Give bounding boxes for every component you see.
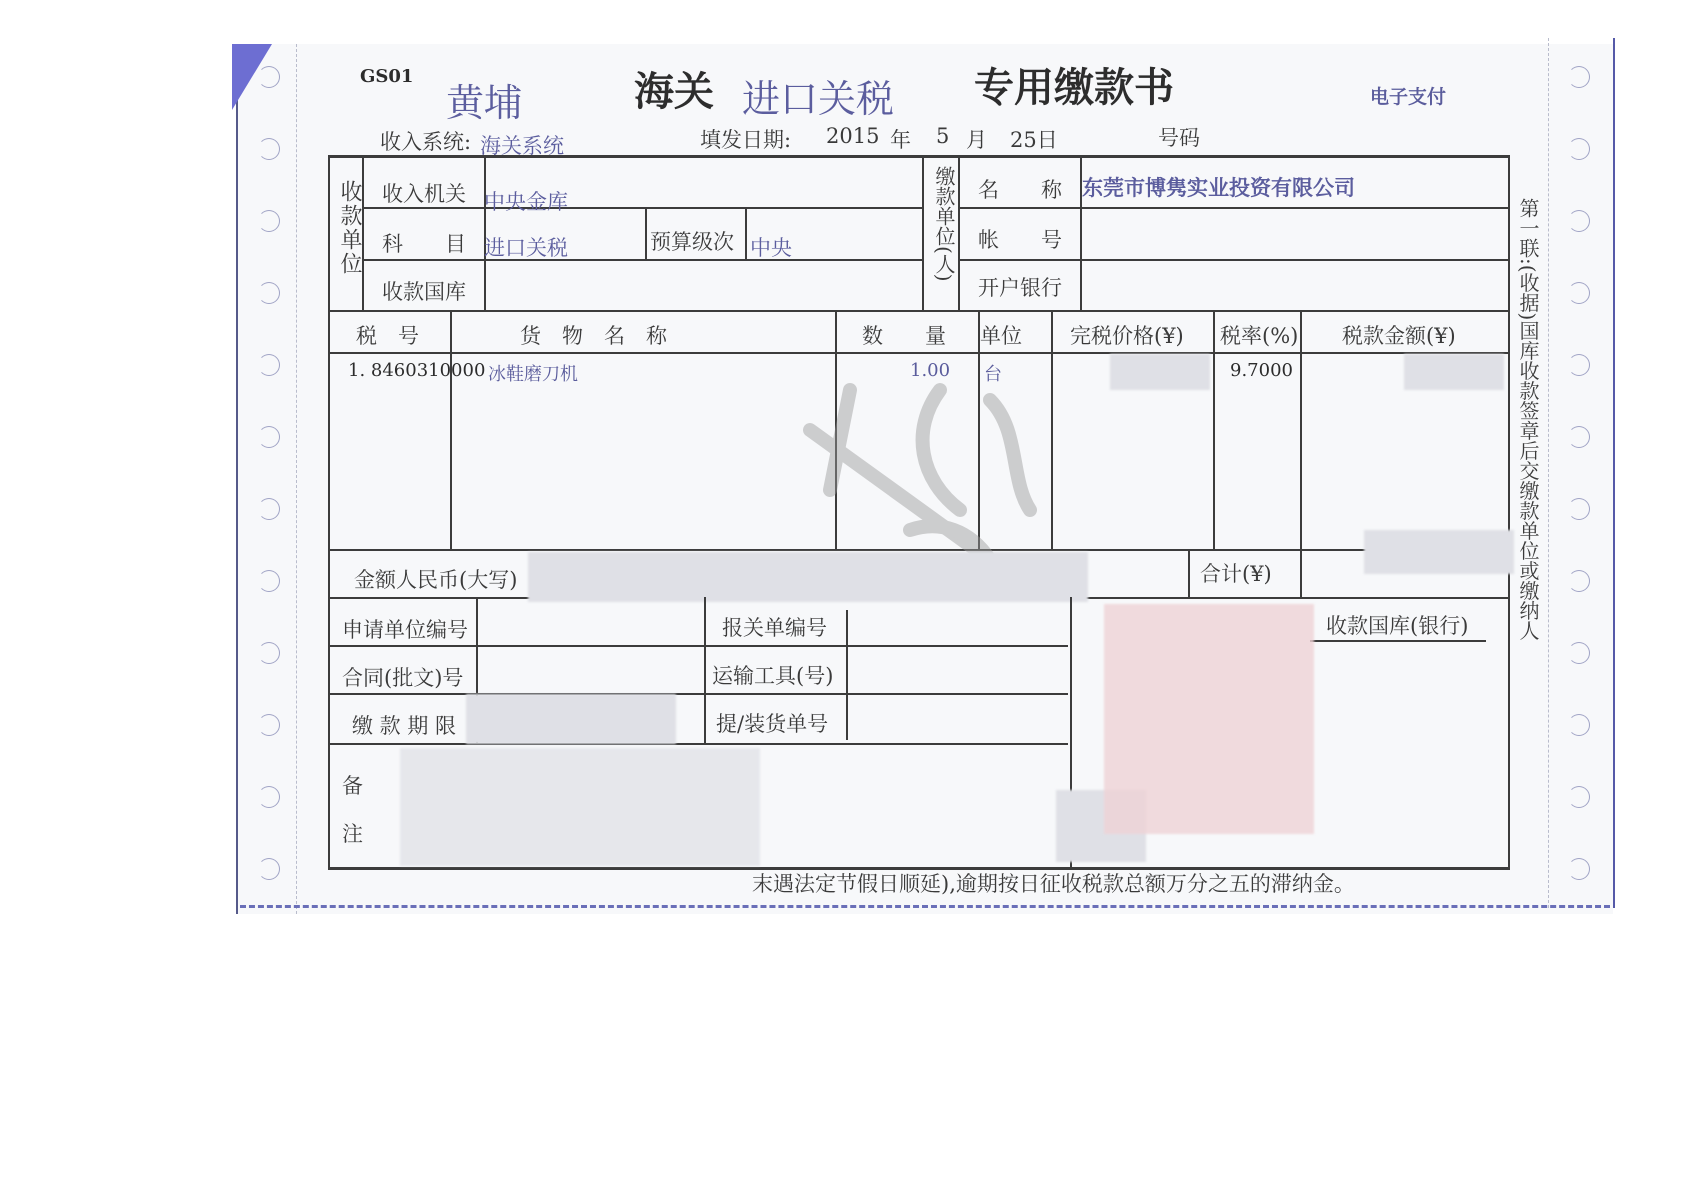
feed-hole — [258, 354, 280, 376]
feed-hole — [258, 642, 280, 664]
total-redacted — [1364, 530, 1514, 574]
rule — [328, 310, 1508, 312]
payer-account-label: 帐 号 — [978, 224, 1062, 254]
payer-bank-label: 开户银行 — [978, 272, 1062, 302]
goods-tax-rate: 9.7000 — [1230, 360, 1293, 381]
rule — [1300, 310, 1302, 549]
rule — [1188, 549, 1190, 597]
feed-hole — [1568, 714, 1590, 736]
feed-hole — [258, 570, 280, 592]
rule — [958, 207, 1508, 209]
remarks-label-2: 注 — [342, 818, 363, 848]
feed-hole — [1568, 282, 1590, 304]
payee-section-label: 收款单位 — [334, 180, 365, 276]
title-customs: 海关 — [634, 60, 714, 117]
rule — [328, 693, 1068, 695]
column-header: 数 量 — [862, 320, 946, 350]
column-header: 税率(%) — [1220, 320, 1298, 350]
late-fee-note: 末遇法定节假日顺延),逾期按日征收税款总额万分之五的滞纳金。 — [752, 868, 1355, 898]
bill-of-lading-label: 提/装货单号 — [716, 708, 828, 738]
revenue-office-label: 收入机关 — [382, 178, 466, 208]
feed-hole — [258, 138, 280, 160]
tractor-feed-strip-left — [236, 44, 297, 914]
feed-hole — [258, 858, 280, 880]
column-header: 货 物 名 称 — [520, 320, 667, 350]
bank-stamp-redacted — [1104, 604, 1314, 834]
rule — [450, 310, 452, 549]
rule — [328, 352, 1508, 354]
feed-hole — [258, 786, 280, 808]
table-left-rule — [328, 155, 330, 869]
rule — [704, 597, 706, 745]
issue-date-label: 填发日期: — [700, 124, 791, 154]
month-unit: 月 — [966, 124, 987, 154]
revenue-office-value: 中央金库 — [484, 186, 568, 216]
tractor-feed-strip-right — [1548, 38, 1615, 908]
amount-words-redacted — [528, 552, 1088, 602]
feed-hole — [1568, 138, 1590, 160]
remarks-label-1: 备 — [342, 770, 363, 800]
customs-office: 黄埔 — [446, 72, 522, 127]
payment-method: 电子支付 — [1370, 82, 1446, 109]
rule — [645, 207, 647, 259]
contract-no-label: 合同(批文)号 — [342, 662, 463, 692]
feed-hole — [258, 426, 280, 448]
feed-hole — [1568, 66, 1590, 88]
rule — [328, 645, 1068, 647]
issue-month: 5 — [936, 124, 949, 148]
feed-hole — [1568, 210, 1590, 232]
year-unit: 年 — [890, 124, 911, 154]
subject-label: 科 目 — [382, 228, 466, 258]
feed-hole — [1568, 498, 1590, 520]
transport-label: 运输工具(号) — [712, 660, 833, 690]
total-label: 合计(¥) — [1200, 558, 1272, 588]
deadline-label: 缴 款 期 限 — [352, 710, 456, 740]
rule — [328, 743, 1068, 745]
feed-hole — [1568, 642, 1590, 664]
column-header: 税款金额(¥) — [1342, 320, 1456, 350]
rule — [958, 259, 1508, 261]
copy-note: 第一联:(收据)国库收款签章后交缴款单位或缴纳人 — [1514, 198, 1543, 640]
rule — [362, 259, 922, 261]
amount-words-label: 金额人民币(大写) — [354, 564, 517, 594]
feed-hole — [1568, 354, 1590, 376]
table-right-rule — [1508, 155, 1510, 869]
feed-hole — [258, 714, 280, 736]
feed-hole — [258, 498, 280, 520]
goods-goods-name: 冰鞋磨刀机 — [488, 360, 578, 386]
title-tax-type: 进口关税 — [742, 68, 894, 123]
feed-hole — [1568, 570, 1590, 592]
payer-name-label: 名 称 — [978, 174, 1062, 204]
rule — [745, 207, 747, 259]
tax-amount-redacted — [1404, 354, 1504, 390]
column-header: 完税价格(¥) — [1070, 320, 1184, 350]
perforation-line — [240, 905, 1610, 908]
feed-hole — [258, 66, 280, 88]
number-label: 号码 — [1158, 122, 1200, 152]
rule — [1300, 549, 1302, 597]
feed-hole — [258, 210, 280, 232]
feed-hole — [1568, 426, 1590, 448]
issue-year: 2015 — [826, 124, 879, 148]
column-header: 税 号 — [356, 320, 419, 350]
payer-name-value: 东莞市博隽实业投资有限公司 — [1082, 172, 1355, 202]
form-code: GS01 — [360, 66, 413, 87]
goods-tariff-no: 1. 8460310000 — [348, 360, 485, 381]
declaration-no-label: 报关单编号 — [722, 612, 827, 642]
feed-hole — [258, 282, 280, 304]
rule — [1213, 310, 1215, 549]
deadline-redacted — [466, 694, 676, 744]
dutiable-price-redacted — [1110, 354, 1210, 390]
payer-section-label: 缴款单位(人) — [930, 166, 959, 282]
rule — [846, 610, 848, 740]
column-header: 单位 — [980, 320, 1022, 350]
treasury-label: 收款国库 — [382, 276, 466, 306]
rule — [1310, 640, 1486, 642]
budget-level-value: 中央 — [750, 232, 792, 262]
feed-hole — [1568, 858, 1590, 880]
applicant-no-label: 申请单位编号 — [342, 614, 468, 644]
feed-hole — [1568, 786, 1590, 808]
rule — [1051, 310, 1053, 549]
revenue-system-label: 收入系统: — [380, 126, 471, 156]
subject-value: 进口关税 — [484, 232, 568, 262]
treasury-bank-label: 收款国库(银行) — [1326, 610, 1468, 640]
table-top-rule — [328, 155, 1508, 158]
title-payment-book: 专用缴款书 — [974, 56, 1174, 113]
customs-emblem-watermark — [790, 370, 1050, 570]
budget-level-label: 预算级次 — [650, 226, 734, 256]
issue-day: 25日 — [1010, 124, 1058, 154]
rule — [922, 155, 924, 310]
remarks-redacted — [400, 748, 760, 866]
